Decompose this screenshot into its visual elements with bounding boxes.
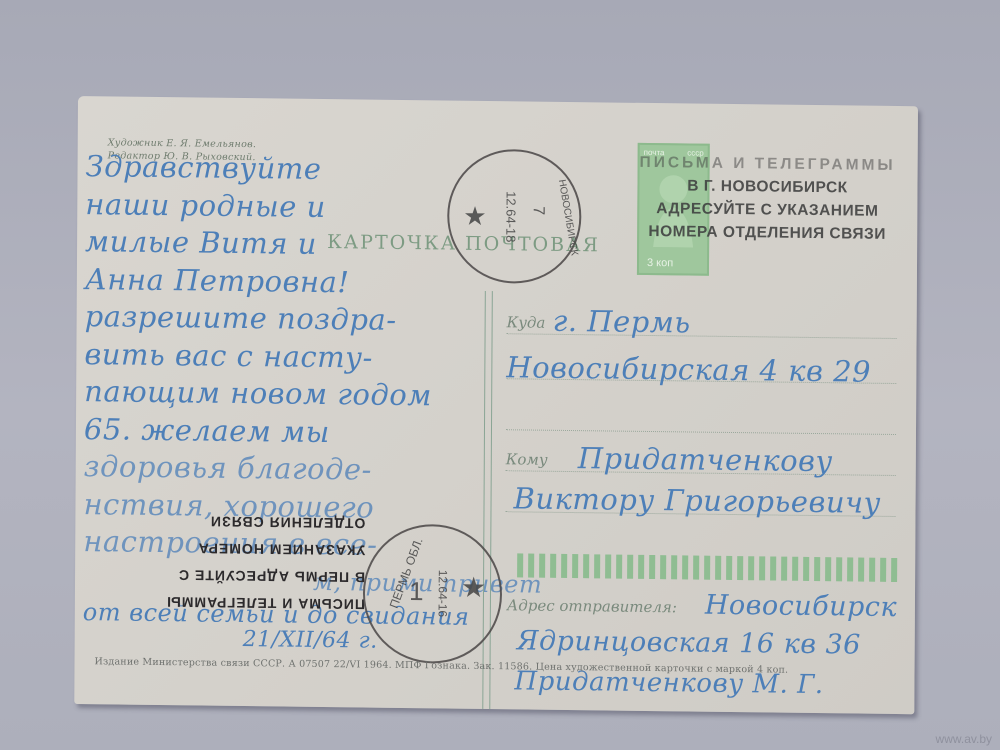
stamp-value: 3 коп: [647, 257, 673, 269]
to-line-1: Куда г. Пермь: [507, 293, 897, 339]
to-label: Куда: [507, 313, 546, 331]
postal-code-bars: [517, 553, 897, 582]
postmark-city: НОВОСИБИРСК: [556, 179, 580, 257]
star-icon: ★: [461, 571, 486, 604]
postmark-date: 12.64-18: [503, 191, 518, 243]
whom-label: Кому: [506, 450, 548, 469]
watermark: www.av.by: [936, 732, 992, 746]
postmark-date: 12.64-16: [436, 570, 450, 618]
message-line: разрешите поздра-: [85, 298, 544, 341]
cancel-line: УКАЗАНИЕМ НОМЕРА: [74, 533, 365, 564]
to-line-2: Новосибирская 4 кв 29: [506, 334, 896, 384]
perm-machine-cancel: ПИСЬМА И ТЕЛЕГРАММЫ В ПЕРМЬ АДРЕСУЙТЕ С …: [74, 506, 365, 618]
novosibirsk-postmark: ★ 12.64-18 7 НОВОСИБИРСК: [447, 149, 582, 285]
cancel-line: НОМЕРА ОТДЕЛЕНИЯ СВЯЗИ: [622, 220, 912, 247]
postcard: Художник Е. Я. Емельянов. Редактор Ю. В.…: [74, 96, 918, 714]
whom-name: Виктору Григорьевичу: [513, 481, 881, 519]
novosibirsk-machine-cancel: ПИСЬМА И ТЕЛЕГРАММЫ В Г. НОВОСИБИРСК АДР…: [622, 151, 913, 247]
whom-line-2: Виктору Григорьевичу: [505, 471, 895, 517]
sender-block: Адрес отправителя: Новосибирск Ядринцовс…: [506, 595, 907, 701]
postmark-office: 7: [529, 206, 547, 215]
perm-postmark: ПЕРМЬ ОБЛ. 1 12.64-16 ★: [363, 523, 503, 664]
message-line: здоровья благоде-: [84, 448, 543, 491]
message-line: вить вас с насту-: [84, 336, 543, 379]
postmark-office: 1: [409, 576, 424, 607]
message-line: пающим новом годом: [84, 373, 543, 416]
cancel-line: ОТДЕЛЕНИЯ СВЯЗИ: [74, 506, 365, 537]
whom-line-1: Кому Придатченкову: [506, 430, 896, 476]
cancel-line: В ПЕРМЬ АДРЕСУЙТЕ С: [74, 560, 365, 591]
cancel-line: ПИСЬМА И ТЕЛЕГРАММЫ: [74, 587, 365, 618]
address-block: Куда г. Пермь Новосибирская 4 кв 29 Кому…: [505, 293, 896, 517]
sender-city: Новосибирск: [705, 590, 897, 623]
star-icon: ★: [463, 201, 487, 232]
sender-street: Ядринцовская 16 кв 36: [517, 625, 907, 661]
cancel-line: ПИСЬМА И ТЕЛЕГРАММЫ: [623, 151, 913, 178]
message-line: 65. желаем мы: [84, 411, 543, 454]
to-street: Новосибирская 4 кв 29: [506, 350, 871, 388]
sender-label: Адрес отправителя:: [507, 596, 677, 616]
